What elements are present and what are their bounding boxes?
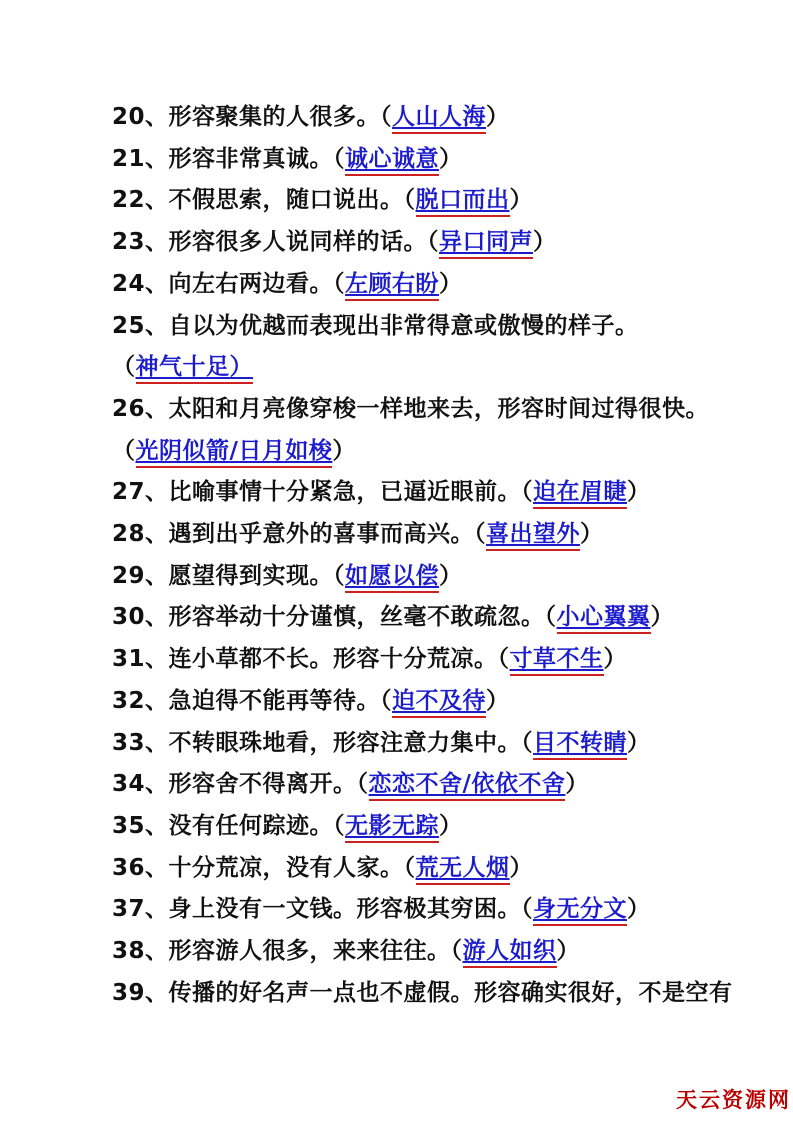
definition-text: ）	[565, 771, 589, 797]
answer-idiom: 诚心诚意	[345, 146, 439, 176]
definition-text: 22、不假思索，随口说出。（	[112, 187, 416, 213]
definition-text: 32、急迫得不能再等待。（	[112, 688, 392, 714]
definition-text: 38、形容游人很多，来来往往。（	[112, 938, 463, 964]
list-item: 20、形容聚集的人很多。（人山人海）	[112, 97, 773, 139]
definition-text: ）	[510, 855, 534, 881]
definition-text: ）	[533, 229, 557, 255]
list-item: 24、向左右两边看。（左顾右盼）	[112, 264, 773, 306]
list-item: 38、形容游人很多，来来往往。（游人如织）	[112, 931, 773, 973]
definition-text: 26、太阳和月亮像穿梭一样地来去，形容时间过得很快。	[112, 396, 709, 422]
document-body: 20、形容聚集的人很多。（人山人海）21、形容非常真诚。（诚心诚意）22、不假思…	[112, 97, 773, 1014]
list-item: 22、不假思索，随口说出。（脱口而出）	[112, 180, 773, 222]
definition-text: 24、向左右两边看。（	[112, 271, 345, 297]
definition-text: ）	[332, 438, 356, 464]
answer-idiom: 身无分文	[533, 896, 627, 926]
answer-idiom: 荒无人烟	[416, 855, 510, 885]
answer-idiom: 如愿以偿	[345, 563, 439, 593]
answer-idiom: 迫不及待	[392, 688, 486, 718]
list-item: 36、十分荒凉，没有人家。（荒无人烟）	[112, 848, 773, 890]
definition-text: 36、十分荒凉，没有人家。（	[112, 855, 416, 881]
definition-text: 33、不转眼珠地看，形容注意力集中。（	[112, 730, 533, 756]
definition-text: ）	[439, 271, 463, 297]
definition-text: 39、传播的好名声一点也不虚假。形容确实很好，不是空有	[112, 980, 733, 1006]
definition-text: ）	[486, 688, 510, 714]
list-item: （神气十足）	[112, 347, 773, 389]
answer-idiom: 异口同声	[439, 229, 533, 259]
answer-idiom: 恋恋不舍/依依不舍	[369, 771, 566, 801]
definition-text: 23、形容很多人说同样的话。（	[112, 229, 439, 255]
definition-text: ）	[557, 938, 581, 964]
definition-text: （	[112, 438, 136, 464]
definition-text: 20、形容聚集的人很多。（	[112, 104, 392, 130]
definition-text: ）	[510, 187, 534, 213]
definition-text: 29、愿望得到实现。（	[112, 563, 345, 589]
definition-text: 35、没有任何踪迹。（	[112, 813, 345, 839]
answer-idiom: 人山人海	[392, 104, 486, 134]
watermark-text: 天云资源网	[676, 1084, 791, 1114]
definition-text: ）	[439, 563, 463, 589]
list-item: 26、太阳和月亮像穿梭一样地来去，形容时间过得很快。	[112, 389, 773, 431]
list-item: 35、没有任何踪迹。（无影无踪）	[112, 806, 773, 848]
answer-idiom: 迫在眉睫	[533, 479, 627, 509]
answer-idiom: 寸草不生	[510, 646, 604, 676]
list-item: 31、连小草都不长。形容十分荒凉。（寸草不生）	[112, 639, 773, 681]
definition-text: ）	[627, 730, 651, 756]
definition-text: ）	[439, 813, 463, 839]
definition-text: ）	[486, 104, 510, 130]
definition-text: ）	[580, 521, 604, 547]
document-page: 20、形容聚集的人很多。（人山人海）21、形容非常真诚。（诚心诚意）22、不假思…	[0, 0, 793, 1122]
answer-idiom: 无影无踪	[345, 813, 439, 843]
definition-text: 34、形容舍不得离开。（	[112, 771, 369, 797]
list-item: 34、形容舍不得离开。（恋恋不舍/依依不舍）	[112, 764, 773, 806]
list-item: 39、传播的好名声一点也不虚假。形容确实很好，不是空有	[112, 973, 773, 1015]
answer-idiom: 喜出望外	[486, 521, 580, 551]
list-item: 28、遇到出乎意外的喜事而高兴。（喜出望外）	[112, 514, 773, 556]
definition-text: 27、比喻事情十分紧急，已逼近眼前。（	[112, 479, 533, 505]
list-item: 29、愿望得到实现。（如愿以偿）	[112, 556, 773, 598]
definition-text: 25、自以为优越而表现出非常得意或傲慢的样子。	[112, 313, 639, 339]
list-item: 25、自以为优越而表现出非常得意或傲慢的样子。	[112, 306, 773, 348]
answer-idiom: 小心翼翼	[557, 604, 651, 634]
answer-idiom: 脱口而出	[416, 187, 510, 217]
answer-idiom: 左顾右盼	[345, 271, 439, 301]
definition-text: 30、形容举动十分谨慎，丝毫不敢疏忽。（	[112, 604, 557, 630]
definition-text: ）	[604, 646, 628, 672]
answer-idiom: 光阴似箭/日月如梭	[136, 438, 333, 468]
definition-text: ）	[627, 896, 651, 922]
definition-text: 31、连小草都不长。形容十分荒凉。（	[112, 646, 510, 672]
definition-text: 21、形容非常真诚。（	[112, 146, 345, 172]
definition-text: ）	[439, 146, 463, 172]
answer-idiom: 神气十足）	[136, 354, 254, 384]
list-item: （光阴似箭/日月如梭）	[112, 431, 773, 473]
list-item: 33、不转眼珠地看，形容注意力集中。（目不转睛）	[112, 723, 773, 765]
definition-text: （	[112, 354, 136, 380]
list-item: 27、比喻事情十分紧急，已逼近眼前。（迫在眉睫）	[112, 472, 773, 514]
definition-text: ）	[651, 604, 675, 630]
list-item: 23、形容很多人说同样的话。（异口同声）	[112, 222, 773, 264]
definition-text: ）	[627, 479, 651, 505]
definition-text: 37、身上没有一文钱。形容极其穷困。（	[112, 896, 533, 922]
answer-idiom: 目不转睛	[533, 730, 627, 760]
answer-idiom: 游人如织	[463, 938, 557, 968]
list-item: 37、身上没有一文钱。形容极其穷困。（身无分文）	[112, 889, 773, 931]
list-item: 21、形容非常真诚。（诚心诚意）	[112, 139, 773, 181]
list-item: 30、形容举动十分谨慎，丝毫不敢疏忽。（小心翼翼）	[112, 597, 773, 639]
list-item: 32、急迫得不能再等待。（迫不及待）	[112, 681, 773, 723]
definition-text: 28、遇到出乎意外的喜事而高兴。（	[112, 521, 486, 547]
